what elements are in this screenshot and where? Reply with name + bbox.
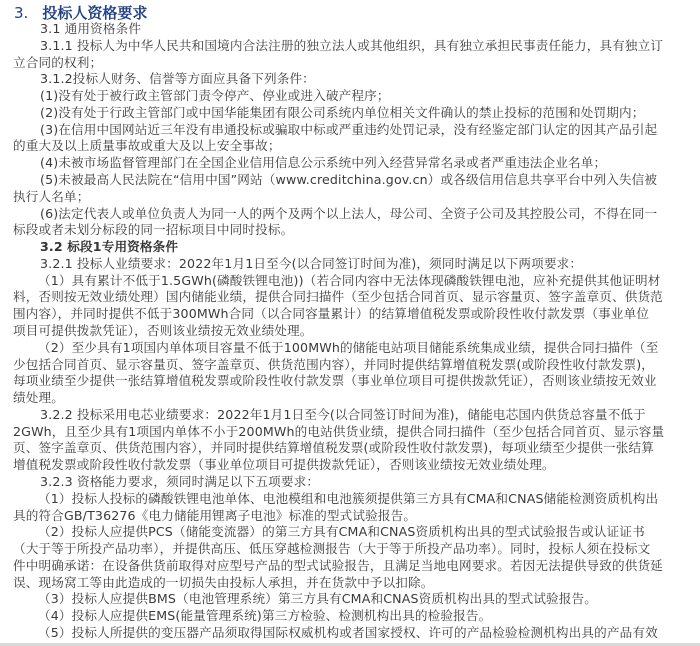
text-line: （1）投标人投标的磷酸铁锂电池单体、电池模组和电池簇须提供第三方具有CMA和CN… (38, 490, 658, 508)
text-line: (2)没有处于行政主管部门或中国华能集团有限公司系统内单位相关文件确认的禁止投标… (40, 104, 645, 122)
text-line: 围内容），并同时提供不低于300MWh合同（以合同容量累计）的结算增值税发票或阶… (13, 305, 649, 323)
text-line: 3.1.2投标人财务、信誉等方面应具备下列条件： (40, 70, 315, 88)
text-line: 料，否则按无效业绩处理）国内储能业绩，提供合同扫描件（至少包括合同首页、显示容量… (13, 288, 663, 306)
text-line: (3)在信用中国网站近三年没有串通投标或骗取中标或严重违约处罚记录，没有经鉴定部… (40, 121, 657, 139)
text-line: 具的符合GB/T36276《电力储能用锂离子电池》标准的型式试验报告。 (13, 507, 416, 525)
text-line: 增值税发票或阶段性收付款发票（事业单位项目可提供拨款凭证），否则该业绩按无效业绩… (13, 456, 555, 474)
text-line: 少包括合同首页、显示容量页、签字盖章页、供货范围内容），并同时提供结算增值税发票… (13, 356, 654, 374)
text-line: 执行人名单； (13, 188, 89, 206)
text-line: （2）至少具有1项国内单体项目容量不低于100MWh的储能电站项目储能系统集成业… (38, 339, 659, 357)
text-line: (5)未被最高人民法院在“信用中国”网站（www.creditchina.gov… (40, 171, 657, 189)
text-line: 的重大及以上质量事故或重大及以上安全事故； (13, 137, 281, 155)
text-line: 件中明确承诺：在设备供货前取得对应型号产品的型式试验报告，且满足当地电网要求。若… (13, 557, 663, 575)
text-line: (4)未被市场监督管理部门在全国企业信用信息公示系统中列入经营异常名录或者严重违… (40, 154, 606, 172)
text-line: （3）投标人应提供BMS（电池管理系统）第三方具有CMA和CNAS资质机构出具的… (38, 590, 597, 608)
text-line: 误、现场窝工等由此造成的一切损失由投标人承担，并在货款中予以扣除。 (13, 574, 434, 592)
text-line: 项目可提供拨款凭证），否则该业绩按无效业绩处理。 (13, 322, 313, 340)
text-line: （4）投标人应提供EMS(能量管理系统)第三方检验、检测机构出具的检验报告。 (38, 607, 491, 625)
text-line: (6)法定代表人或单位负责人为同一人的两个及两个以上法人，母公司、全资子公司及其… (40, 205, 657, 223)
subsection-heading: 3.2 标段1专用资格条件 (40, 238, 178, 256)
text-line: 标段或者未划分标段的同一招标项目中同时投标。 (13, 221, 293, 239)
text-line: （2）投标人应提供PCS（储能变流器）的第三方具有CMA和CNAS资质机构出具的… (38, 523, 645, 541)
text-line: 3.1 通用资格条件 (40, 20, 141, 38)
text-line: 立合同的权利； (13, 54, 102, 72)
text-line: 3.2.1 投标人业绩要求：2022年1月1日至今(以合同签订时间为准)，须同时… (40, 255, 582, 273)
section-number: 3. (14, 4, 28, 22)
text-line: (1)没有处于被行政主管部门责令停产、停业或进入破产程序； (40, 87, 390, 105)
text-line: 2GWh，且至少具有1项国内单体不小于200MWh的电站供货业绩，提供合同扫描件… (13, 423, 664, 441)
text-line: 3.1.1 投标人为中华人民共和国境内合法注册的独立法人或其他组织，具有独立承担… (40, 37, 663, 55)
text-line: 绩处理。 (13, 389, 64, 407)
text-line: （5）投标人所提供的变压器产品须取得国际权威机构或者国家授权、许可的产品检验检测… (38, 624, 658, 642)
text-line: （1）具有累计不低于1.5GWh(磷酸铁锂电池))（若合同内容中无法体现磷酸铁锂… (38, 272, 660, 290)
text-line: （大于等于所投产品功率），并提供高压、低压穿越检测报告（大于等于所投产品功率）。… (13, 540, 650, 558)
text-line: 每项业绩至少提供一张结算增值税发票或阶段性收付款发票（事业单位项目可提供拨款凭证… (13, 372, 657, 390)
text-line: 3.2.3 资格能力要求，须同时满足以下五项要求： (40, 473, 319, 491)
text-line: 3.2.2 投标采用电芯业绩要求：2022年1月1日至今(以合同签订时间为准)，… (40, 406, 646, 424)
text-line: 页、签字盖章页、供货范围内容），并同时提供结算增值税发票(或阶段性收付款发票)，… (13, 439, 654, 457)
